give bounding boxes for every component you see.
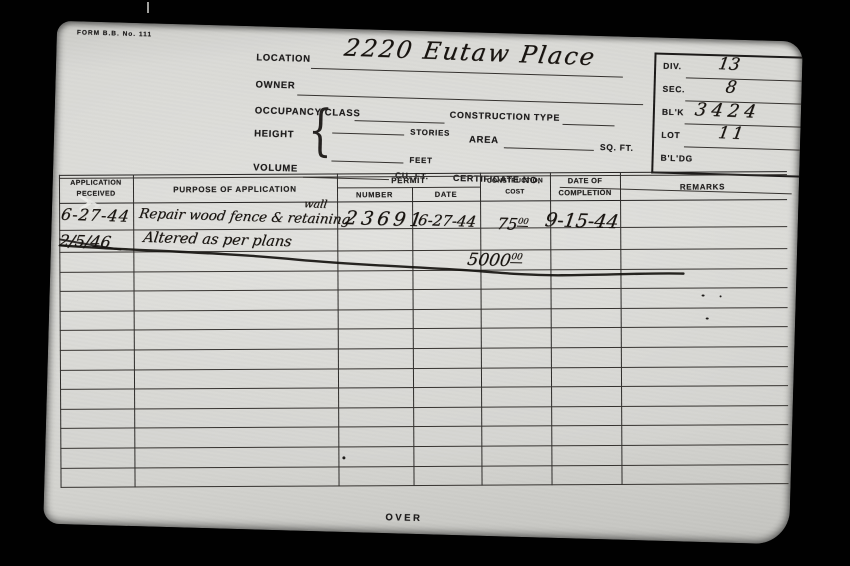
table-row-line [60, 326, 788, 331]
row1-cost: 7500 [496, 214, 530, 234]
row1-cost-cents: 00 [517, 215, 529, 226]
location-label: LOCATION [256, 52, 311, 65]
table-row-line [60, 307, 788, 312]
table-row-line [60, 424, 788, 429]
col-line-received [133, 174, 136, 487]
scan-scratch-mark [147, 2, 149, 13]
sec-value: 8 [724, 77, 738, 97]
div-value: 13 [717, 54, 742, 75]
construction-type-label: CONSTRUCTION TYPE [450, 110, 561, 123]
permit-table: APPLICATION RECEIVED PURPOSE OF APPLICAT… [59, 171, 795, 497]
ink-speck [702, 295, 705, 297]
info-row-bldg: B'L'DG [653, 146, 802, 173]
location-value: 2220 Eutaw Place [342, 34, 598, 72]
ink-speck [720, 295, 722, 297]
row2-purpose: Altered as per plans [142, 230, 293, 250]
table-row-line [59, 268, 787, 273]
row1-completion: 9-15-44 [544, 209, 621, 233]
sq-ft-label: SQ. FT. [600, 142, 634, 153]
ink-speck [342, 456, 345, 459]
header-permit: PERMIT [337, 175, 480, 187]
owner-label: OWNER [255, 79, 295, 91]
stories-label: STORIES [410, 128, 450, 138]
header-purpose: PURPOSE OF APPLICATION [133, 181, 337, 196]
header-date: DATE [412, 189, 480, 200]
table-row-line [60, 287, 788, 292]
ink-speck [706, 317, 709, 319]
header-construction-cost: CONSTRUCTION COST [482, 176, 548, 197]
occupancy-line [355, 120, 445, 124]
header-date-of-completion: DATE OF COMPLETION [552, 176, 618, 197]
col-line-number-date [412, 187, 415, 486]
bldg-label: B'L'DG [660, 153, 693, 164]
table-row-line [60, 444, 788, 449]
row1-received: 6-27-44 [60, 205, 132, 226]
col-line-date-cost [480, 173, 483, 486]
stories-line [332, 133, 404, 136]
row1-permit-date: 6-27-44 [417, 211, 478, 231]
lot-label: LOT [661, 130, 680, 141]
over-label: OVER [385, 512, 422, 524]
header-number: NUMBER [337, 189, 412, 200]
row1-permit-number: 23691 [344, 207, 428, 231]
feet-label: FEET [409, 156, 432, 166]
parcel-info-box: DIV. 13 SEC. 8 BL'K 3424 LOT 11 B'L'DG [651, 52, 803, 177]
table-row-line [60, 464, 788, 469]
table-row-line [60, 405, 788, 410]
scan-background: FORM B.B. No. 111 LOCATION 2220 Eutaw Pl… [0, 0, 850, 566]
row2-received: 2/5/46 [58, 231, 112, 251]
table-row-line [60, 366, 788, 371]
table-row-line [61, 483, 789, 488]
header-remarks: REMARKS [620, 179, 785, 194]
area-label: AREA [469, 134, 499, 146]
row2-cost-cents: 00 [510, 252, 523, 263]
sec-label: SEC. [662, 84, 685, 95]
area-line [504, 147, 594, 151]
feet-line [331, 160, 403, 163]
table-row-line [60, 346, 788, 351]
col-line-completion-remarks [620, 172, 623, 485]
permit-card: FORM B.B. No. 111 LOCATION 2220 Eutaw Pl… [43, 21, 803, 545]
blk-value: 3424 [693, 99, 762, 122]
form-number: FORM B.B. No. 111 [77, 29, 152, 38]
owner-line [297, 95, 643, 106]
height-label: HEIGHT [254, 128, 294, 140]
div-label: DIV. [663, 61, 682, 72]
blk-label: BL'K [662, 107, 685, 118]
lot-value: 11 [717, 123, 748, 144]
construction-type-line [563, 124, 615, 126]
row1-purpose-note: wall [303, 197, 328, 211]
table-row-line [59, 248, 787, 253]
row2-cost: 500000 [466, 250, 524, 272]
height-brace: { [307, 98, 333, 162]
table-row-line [60, 385, 788, 390]
